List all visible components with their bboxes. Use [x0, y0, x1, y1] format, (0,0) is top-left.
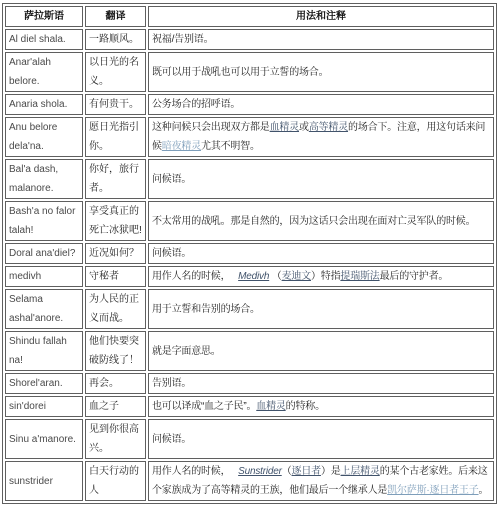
note-text: 告别语。	[152, 378, 191, 389]
wiki-link[interactable]: 血精灵	[256, 401, 285, 412]
thalassian-phrase-cell: Anu belore dela'na.	[5, 117, 83, 157]
thalassian-phrase-cell: Al diel shala.	[5, 29, 83, 50]
thalassian-phrase-cell: Doral ana'diel?	[5, 243, 83, 264]
note-text: 也可以译成“血之子民”。	[152, 401, 256, 412]
note-text: 用作人名的时候，	[152, 271, 238, 282]
thalassian-phrase-cell: sin'dorei	[5, 396, 83, 417]
thalassian-phrase-cell: Anar'alah belore.	[5, 52, 83, 92]
wiki-link[interactable]: 麦迪文	[282, 271, 311, 282]
table-row: Shorel'aran.再会。告别语。	[5, 373, 494, 394]
table-header: 萨拉斯语 翻译 用法和注释	[5, 6, 494, 27]
table-row: medivh守秘者用作人名的时候， Medivh （麦迪文）特指提瑞斯法最后的守…	[5, 266, 494, 287]
note-text: 用作人名的时候，	[152, 466, 238, 477]
note-text: ）是	[321, 466, 341, 477]
usage-note-cell: 用作人名的时候， Sunstrider（逐日者）是上层精灵的某个古老家姓。后来这…	[148, 461, 494, 501]
table-row: Selama ashal'anore.为人民的正义而战。用于立誓和告别的场合。	[5, 289, 494, 329]
page: 萨拉斯语 翻译 用法和注释 Al diel shala.一路顺风。祝福/告别语。…	[0, 0, 500, 504]
note-text: （	[282, 466, 292, 477]
translation-cell: 白天行动的人	[85, 461, 146, 501]
translation-cell: 愿日光指引你。	[85, 117, 146, 157]
translation-cell: 享受真正的死亡冰狱吧!	[85, 201, 146, 241]
usage-note-cell: 问候语。	[148, 243, 494, 264]
note-text: 尤其不明智。	[201, 141, 260, 152]
translation-cell: 见到你很高兴。	[85, 419, 146, 459]
table-row: Bash'a no falor talah!享受真正的死亡冰狱吧!不太常用的战吼…	[5, 201, 494, 241]
table-body: Al diel shala.一路顺风。祝福/告别语。Anar'alah belo…	[5, 29, 494, 501]
note-text: 既可以用于战吼也可以用于立誓的场合。	[152, 67, 328, 78]
wiki-link[interactable]: 提瑞斯法	[340, 271, 379, 282]
note-text: 公务场合的招呼语。	[152, 99, 240, 110]
table-row: Sinu a'manore.见到你很高兴。问候语。	[5, 419, 494, 459]
note-text: 问候语。	[152, 174, 191, 185]
translation-cell: 再会。	[85, 373, 146, 394]
translation-cell: 近况如何？	[85, 243, 146, 264]
wiki-link[interactable]: 血精灵	[270, 122, 299, 133]
translation-cell: 血之子	[85, 396, 146, 417]
note-text: 问候语。	[152, 248, 191, 259]
translation-cell: 你好，旅行者。	[85, 159, 146, 199]
wiki-link[interactable]: 暗夜精灵	[162, 141, 201, 152]
column-header-usage-notes: 用法和注释	[148, 6, 494, 27]
note-text: 祝福/告别语。	[152, 34, 213, 45]
note-text: 的特称。	[286, 401, 325, 412]
wiki-link[interactable]: 高等精灵	[309, 122, 348, 133]
thalassian-phrase-cell: Anaria shola.	[5, 94, 83, 115]
wiki-link[interactable]: Sunstrider	[238, 466, 282, 477]
translation-cell: 守秘者	[85, 266, 146, 287]
note-text: 或	[299, 122, 309, 133]
table-row: Shindu fallah na!他们快要突破防线了！就是字面意思。	[5, 331, 494, 371]
column-header-translation: 翻译	[85, 6, 146, 27]
thalassian-glossary-table: 萨拉斯语 翻译 用法和注释 Al diel shala.一路顺风。祝福/告别语。…	[2, 3, 497, 504]
thalassian-phrase-cell: sunstrider	[5, 461, 83, 501]
table-row: Al diel shala.一路顺风。祝福/告别语。	[5, 29, 494, 50]
table-row: Bal'a dash, malanore.你好，旅行者。问候语。	[5, 159, 494, 199]
translation-cell: 有何贵干。	[85, 94, 146, 115]
note-text: 这种问候只会出现双方都是	[152, 122, 270, 133]
wiki-link[interactable]: Medivh	[238, 271, 269, 282]
usage-note-cell: 既可以用于战吼也可以用于立誓的场合。	[148, 52, 494, 92]
thalassian-phrase-cell: Bal'a dash, malanore.	[5, 159, 83, 199]
usage-note-cell: 问候语。	[148, 419, 494, 459]
table-row: Anar'alah belore.以日光的名义。既可以用于战吼也可以用于立誓的场…	[5, 52, 494, 92]
usage-note-cell: 这种问候只会出现双方都是血精灵或高等精灵的场合下。注意，用这句话来问候暗夜精灵尤…	[148, 117, 494, 157]
table-row: sunstrider白天行动的人用作人名的时候， Sunstrider（逐日者）…	[5, 461, 494, 501]
column-header-thalassian: 萨拉斯语	[5, 6, 83, 27]
note-text: 最后的守护者。	[380, 271, 449, 282]
usage-note-cell: 用于立誓和告别的场合。	[148, 289, 494, 329]
wiki-link[interactable]: 凯尔萨斯·逐日者王子	[387, 485, 478, 496]
translation-cell: 以日光的名义。	[85, 52, 146, 92]
usage-note-cell: 问候语。	[148, 159, 494, 199]
note-text: 不太常用的战吼。那是自然的，因为这话只会出现在面对亡灵军队的时候。	[152, 216, 475, 227]
note-text: 问候语。	[152, 434, 191, 445]
wiki-link[interactable]: 上层精灵	[341, 466, 380, 477]
usage-note-cell: 用作人名的时候， Medivh （麦迪文）特指提瑞斯法最后的守护者。	[148, 266, 494, 287]
note-text: （	[269, 271, 281, 282]
usage-note-cell: 就是字面意思。	[148, 331, 494, 371]
thalassian-phrase-cell: Sinu a'manore.	[5, 419, 83, 459]
note-text: 。	[479, 485, 489, 496]
usage-note-cell: 也可以译成“血之子民”。血精灵的特称。	[148, 396, 494, 417]
usage-note-cell: 公务场合的招呼语。	[148, 94, 494, 115]
note-text: 就是字面意思。	[152, 346, 221, 357]
table-row: Anaria shola.有何贵干。公务场合的招呼语。	[5, 94, 494, 115]
thalassian-phrase-cell: Shorel'aran.	[5, 373, 83, 394]
note-text: ）特指	[311, 271, 340, 282]
thalassian-phrase-cell: Shindu fallah na!	[5, 331, 83, 371]
table-row: Doral ana'diel?近况如何？问候语。	[5, 243, 494, 264]
usage-note-cell: 祝福/告别语。	[148, 29, 494, 50]
translation-cell: 他们快要突破防线了！	[85, 331, 146, 371]
thalassian-phrase-cell: medivh	[5, 266, 83, 287]
note-text: 用于立誓和告别的场合。	[152, 304, 260, 315]
thalassian-phrase-cell: Selama ashal'anore.	[5, 289, 83, 329]
table-row: Anu belore dela'na.愿日光指引你。这种问候只会出现双方都是血精…	[5, 117, 494, 157]
table-row: sin'dorei血之子也可以译成“血之子民”。血精灵的特称。	[5, 396, 494, 417]
translation-cell: 一路顺风。	[85, 29, 146, 50]
translation-cell: 为人民的正义而战。	[85, 289, 146, 329]
header-row: 萨拉斯语 翻译 用法和注释	[5, 6, 494, 27]
thalassian-phrase-cell: Bash'a no falor talah!	[5, 201, 83, 241]
usage-note-cell: 不太常用的战吼。那是自然的，因为这话只会出现在面对亡灵军队的时候。	[148, 201, 494, 241]
usage-note-cell: 告别语。	[148, 373, 494, 394]
wiki-link[interactable]: 逐日者	[292, 466, 321, 477]
